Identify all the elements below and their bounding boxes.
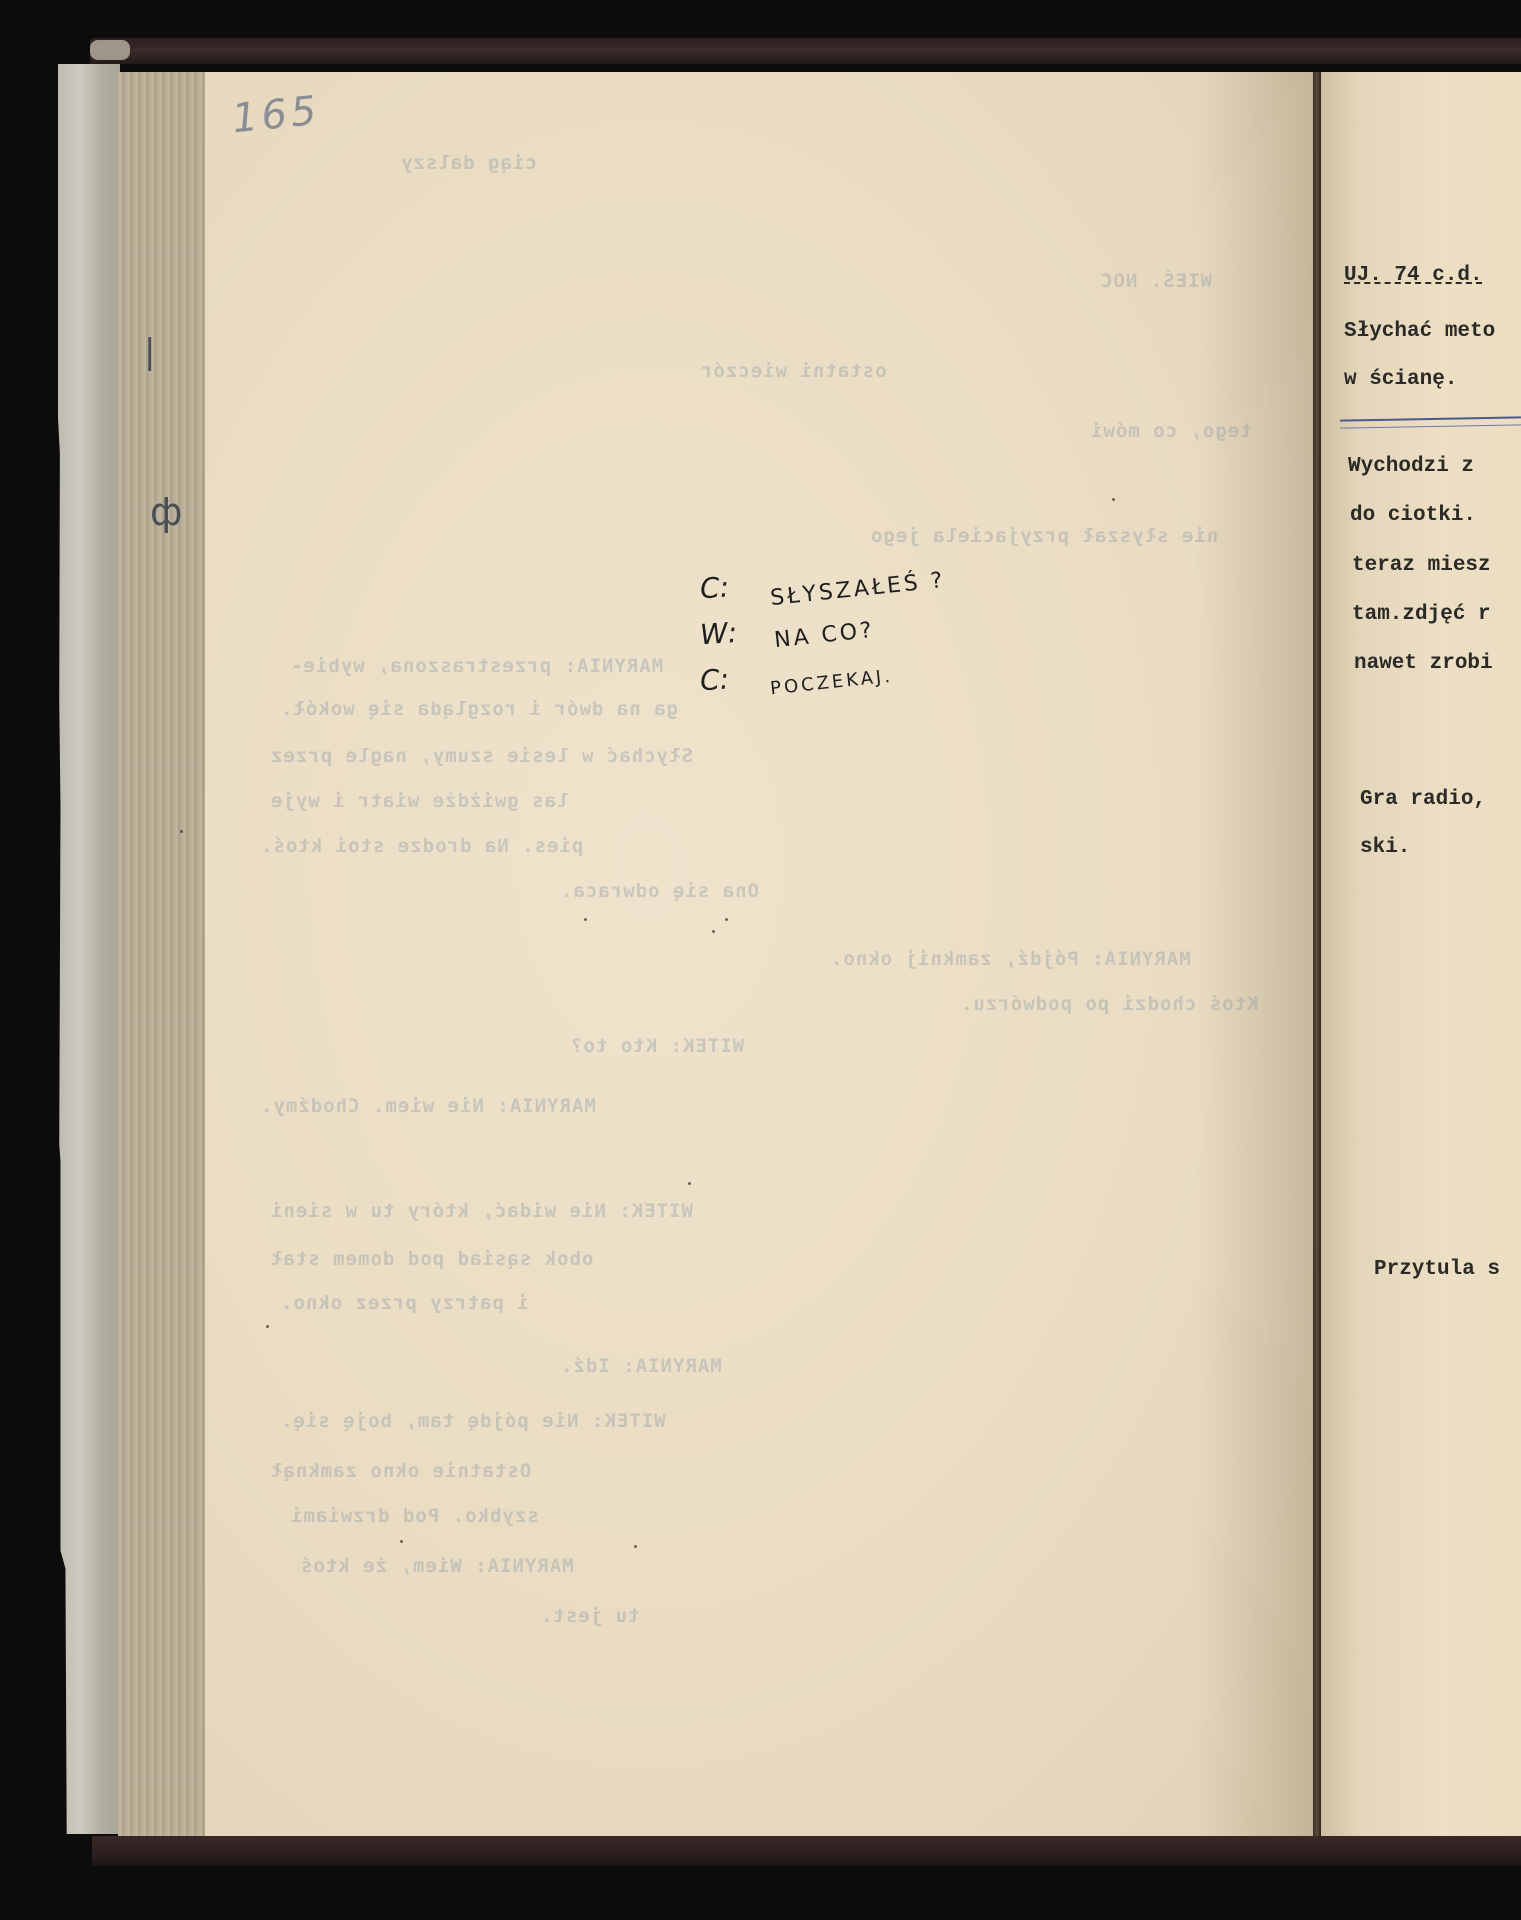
show-through-line: szybko. Pod drzwiami (290, 1505, 539, 1527)
ink-speck (180, 830, 183, 833)
ink-speck (725, 918, 728, 921)
typed-line: w ścianę. (1344, 368, 1457, 391)
typed-line: ski. (1360, 836, 1410, 859)
typed-line: tam.zdjęć r (1352, 603, 1491, 626)
show-through-line: obok sąsiad pod domem stał (270, 1248, 593, 1270)
show-through-line: Słychać w lesie szumy, nagle przez (270, 745, 693, 767)
show-through-line: MARYNIA: Pójdź, zamknij okno. (830, 948, 1191, 970)
typed-line: Wychodzi z (1348, 455, 1474, 478)
typed-line: do ciotki. (1350, 504, 1476, 527)
show-through-line: WIEŚ. NOC (1100, 270, 1212, 292)
note-speaker: C: (699, 660, 771, 698)
note-speaker: C: (699, 568, 771, 606)
page-number: 165 (230, 88, 323, 143)
show-through-line: pies. Na drodze stoi ktoś. (260, 835, 583, 857)
typed-line: Gra radio, (1360, 788, 1486, 811)
show-through-line: i patrzy przez okno. (280, 1292, 529, 1314)
ink-speck (400, 1540, 403, 1543)
ink-speck (266, 1325, 269, 1328)
show-through-line: MARYNIA: przestraszona, wybie- (290, 655, 663, 677)
note-text: NA CO? (773, 618, 876, 653)
show-through-line: ostatni wieczór (700, 360, 887, 382)
show-through-line: Ktoś chodzi po podwórzu. (960, 993, 1259, 1015)
show-through-line: Ostatnie okno zamknął (270, 1460, 531, 1482)
note-line: C: POCZEKAJ. (700, 662, 946, 708)
show-through-line: nie słyszał przyjaciela jego (870, 525, 1218, 547)
show-through-line: MARYNIA: Nie wiem. Chodźmy. (260, 1095, 596, 1117)
note-text: SŁYSZAŁEŚ ? (769, 568, 946, 611)
spine-gauze-strip (58, 64, 120, 1834)
typed-line: Przytula s (1374, 1258, 1500, 1281)
show-through-line: MARYNIA: Idź. (560, 1355, 722, 1377)
show-through-line: ga na dwór i rozgląda się wokół. (280, 698, 678, 720)
show-through-line: tego, co mówi (1090, 420, 1252, 442)
show-through-line: WITEK: Nie widać, który tu w sieni (270, 1200, 693, 1222)
margin-mark-glyph: ф (150, 490, 183, 534)
show-through-line: WITEK: Nie pójdę tam, boję się. (280, 1410, 666, 1432)
show-through-line: Ona się odwraca. (560, 880, 759, 902)
binding-top (90, 38, 1521, 64)
note-speaker: W: (699, 614, 771, 652)
note-line: W: NA CO? (700, 616, 946, 662)
page-edge-stack (118, 72, 208, 1836)
show-through-line: ciąg dalszy (400, 152, 537, 174)
show-through-line: MARYNIA: Wiem, że ktoś (300, 1555, 574, 1577)
binding-bottom (92, 1836, 1521, 1866)
ink-speck (712, 930, 715, 933)
book-scan: 165 | ф ciąg dalszy WIEŚ. NOC ostatni wi… (0, 0, 1521, 1920)
show-through-line: las gwiżdże wiatr i wyje (270, 790, 569, 812)
handwritten-dialogue-note: C: SŁYSZAŁEŚ ? W: NA CO? C: POCZEKAJ. (700, 570, 946, 708)
ink-speck (1112, 498, 1115, 501)
ink-speck (584, 918, 587, 921)
typed-line: teraz miesz (1352, 554, 1491, 577)
binding-wear (90, 40, 130, 60)
scene-header: UJ. 74 c.d. (1344, 264, 1483, 287)
typed-line: nawet zrobi (1354, 652, 1493, 675)
show-through-line: WITEK: Kto to? (570, 1035, 744, 1057)
margin-mark-bar: | (144, 332, 155, 372)
show-through-line: tu jest. (540, 1605, 640, 1627)
note-text: POCZEKAJ. (769, 666, 894, 700)
note-line: C: SŁYSZAŁEŚ ? (700, 570, 946, 616)
typed-line: Słychać meto (1344, 320, 1495, 343)
ink-speck (634, 1545, 637, 1548)
book-gutter (1313, 72, 1321, 1836)
ink-speck (688, 1182, 691, 1185)
